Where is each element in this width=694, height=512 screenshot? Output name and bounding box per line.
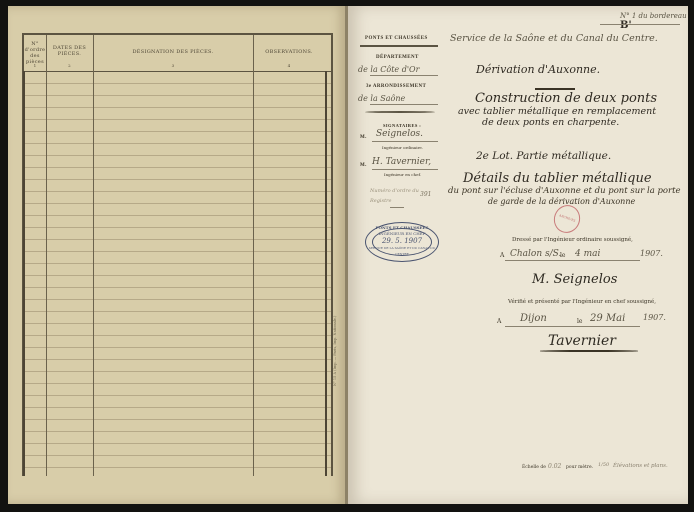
construction-line2: avec tablier métallique en remplacement [458,106,656,117]
signataire-2-name: H. Tavernier, [372,157,431,167]
visa-stamp: PONTS ET CHAUSSÉES INGÉNIEUR EN CHEF 29.… [365,222,439,262]
ornament-rule [365,111,435,113]
signataire-1-name: Seignelos. [376,129,423,139]
ornament-rule [535,88,575,90]
column-divider [46,35,47,476]
signataire-prefix: M. [360,163,367,168]
project-title: Dérivation d'Auxonne. [476,63,600,76]
service-header: PONTS ET CHAUSSÉES [365,36,428,41]
rule [360,45,438,47]
verifie-date: 29 Mai [590,313,625,324]
signataires-label: SIGNATAIRES : [383,123,421,128]
dresse-le: le [560,252,565,259]
rule [505,326,640,327]
ledger-rows [24,72,331,476]
dresse-prefix: A [500,252,504,259]
dresse-label: Dressé par l'Ingénieur ordinaire soussig… [512,237,633,243]
header-designation: DÉSIGNATION DES PIÈCES. 3 [93,35,253,71]
lot-label: 2e Lot. Partie métallique. [476,150,611,162]
verifie-le: le [577,318,582,325]
dresse-year: 1907. [640,249,663,258]
header-dates: DATES DES PIÈCES. 2 [46,35,93,71]
ledger-border-right [325,71,327,476]
echelle-label: Échelle de [522,465,546,470]
departement-value: de la Côte d'Or [358,65,419,74]
column-divider [93,35,94,476]
registre-label: Numéro d'ordre du Registre [370,186,420,206]
verifie-prefix: A [497,318,501,325]
rule [390,207,404,208]
printer-note: N° 15 A (Imp. — Paris, Imp. Nationale.) [333,316,337,386]
verifie-place: Dijon [520,313,547,324]
stamp-inner-ring [372,228,432,256]
ledger-table: N° d'ordre des pièces 1 DATES DES PIÈCES… [22,33,333,476]
signature-flourish [540,350,638,352]
rule [372,169,438,170]
echelle-description: Élévations et plans. [613,463,668,469]
echelle-value: 0.02 [548,463,561,470]
construction-line3: de deux ponts en charpente. [482,117,619,128]
bordereau-note: N° 1 du bordereau B' [620,12,694,31]
rule [372,141,438,142]
echelle-fraction: 1/50 [598,462,609,468]
service-name: Service de la Saône et du Canal du Centr… [450,33,658,44]
signature-ingenieur-ordinaire: M. Seignelos [532,272,617,287]
registre-value: 391 [420,191,431,198]
rule [600,24,680,25]
rule [370,75,438,76]
signataire-2-role: Ingénieur en chef. [384,172,421,177]
departement-label: DÉPARTEMENT [376,55,419,60]
verifie-label: Vérifié et présenté par l'Ingénieur en c… [508,299,656,305]
dresse-place: Chalon s/S. [510,249,561,259]
details-line3: de garde de la dérivation d'Auxonne [488,197,635,206]
header-numero: N° d'ordre des pièces 1 [24,35,46,71]
column-divider [253,35,254,476]
signature-ingenieur-en-chef: Tavernier [548,333,616,349]
verifie-year: 1907. [643,313,666,322]
arrondissement-label: 3e ARRONDISSEMENT [366,84,426,89]
echelle-unit: pour mètre. [566,465,593,470]
header-observations: OBSERVATIONS. 4 [253,35,325,71]
dresse-date: 4 mai [575,249,600,259]
rule [370,104,438,105]
signataire-prefix: M. [360,135,367,140]
details-title: Détails du tablier métallique [463,171,652,186]
arrondissement-value: de la Saône [358,94,405,103]
signataire-1-role: Ingénieur ordinaire. [382,145,423,150]
details-line2: du pont sur l'écluse d'Auxonne et du pon… [448,186,681,196]
construction-title: Construction de deux ponts [475,91,657,106]
ledger-border-left [23,71,25,476]
rule [505,260,640,261]
